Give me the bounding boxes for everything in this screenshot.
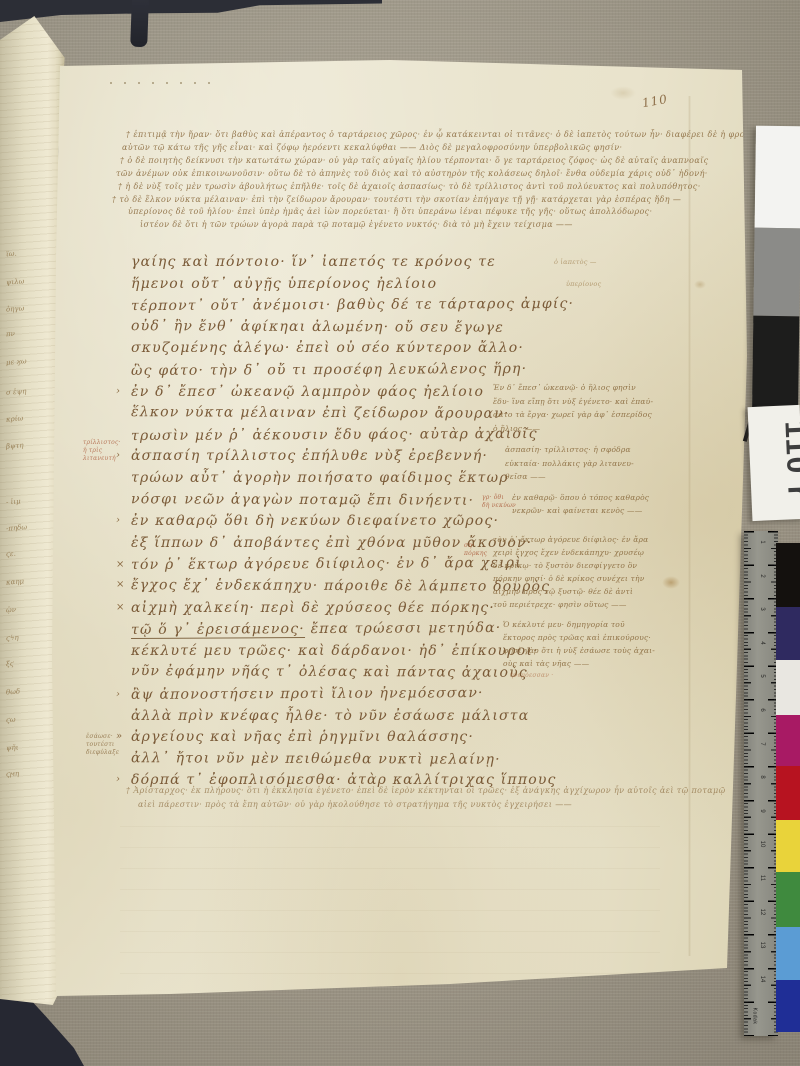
scholion-okeano: Ἐν δ᾽ ἔπεσ᾽ ὠκεανῷ· ὁ ἥλιος φησὶνἔδυ· ἵν… [493,383,653,437]
folio-label-text: 110 r [777,420,800,500]
gloss-iapetos: ὁ ἰαπετὸς — [554,258,597,267]
left-red-note: τρίλλιστος·ἡ τρὶςλιτανευτή [83,439,121,463]
red-note-katharo: γρ· ὅθιδὴ νεκύων [482,494,516,510]
prev-page-text-fragment: κρίω [6,414,24,423]
scholion-aspasie: ἀσπασίη· τρίλλιστος· ἡ σφόδραεὐκταία· πο… [505,445,634,486]
cradle-fabric-top [0,0,382,22]
grayscale-black-patch [752,316,799,415]
prev-page-text-fragment: ϛϟη [6,634,19,643]
grayscale-white-patch [755,126,800,229]
scholion-keklyte: Ὁ κέκλυτέ μευ· δημηγορία τοῦἕκτορος πρὸς… [503,620,655,672]
red-note-porkes: ση·πόρκης [464,542,487,558]
color-patch-light-blue [776,927,800,980]
prev-page-text-fragment: ϛϻη [6,770,20,779]
ruler-number: 11 [759,873,765,883]
ruler: Kodak 1234567891011121314 [744,531,778,1036]
scholion-porkes: τὸν ῥ᾽ ἕκτωρ ἀγόρευε διίφιλος· ἐν ἄραχει… [493,535,648,613]
ruler-number: 14 [759,974,765,984]
prev-page-text-fragment: ϛω [6,716,16,725]
prev-page-text-fragment: - ἱιμ [6,497,21,506]
cradle-strap [130,0,149,47]
prev-page-text-fragment: βψτη [6,441,24,450]
ruler-number: 8 [759,772,765,782]
ruler-number: 9 [759,806,765,816]
prev-page-text-fragment: ϊω. [6,250,17,259]
ruler-number: 1 [759,537,765,547]
prev-page-text-fragment: με ϗω [6,357,27,366]
gloss-hyperion: ὑπερίονος [566,280,601,289]
prev-page-text-fragment: ψιλω [6,277,25,286]
ruler-number: 5 [759,671,765,681]
color-patch-white [776,660,800,715]
bottom-scholia-line: † Ἀρίσταρχος· ἐκ πλήρους· ὅτι ἡ ἐκκλησία… [126,786,726,795]
ruler-number: 6 [759,705,765,715]
prev-page-text-fragment: -πηδω [6,523,28,532]
color-patch-dark-blue [776,980,800,1032]
color-patch-black [776,543,800,607]
red-gloss-enemoessan: ἠνεμόεσσαν · [510,672,553,680]
ruler-brand-text: Kodak [751,1008,757,1025]
ruler-number: 7 [759,739,765,749]
left-brown-note: ἐσάωσε·τουτέστιδιεφύλαξε [86,733,119,757]
bottom-scholia-line: αἰεὶ πάρεστιν· πρὸς τὰ ἔπη αὐτῶν· οὐ γὰρ… [138,799,572,808]
ruler-number: 13 [759,940,765,950]
prev-page-text-fragment: ὀηγω [6,304,25,313]
ruler-number: 4 [759,638,765,648]
parchment-page: 110 † ἐπιτιμᾷ τὴν ἥραν· ὅτι βαθὺς καὶ ἀπ… [50,56,750,1002]
color-patch-yellow [776,820,800,872]
prev-page-text-fragment: πν [6,330,15,339]
prev-page-text-fragment: σ ἑψη [6,387,27,396]
margin-scholia: ὁ ἰαπετὸς —ὑπερίονοςἘν δ᾽ ἔπεσ᾽ ὠκεανῷ· … [50,56,750,1002]
ruler-number: 3 [759,604,765,614]
color-patch-magenta [776,715,800,766]
prev-page-text-fragment: ᾠν [6,606,17,615]
manuscript-photo: ϊω.ψιλωὀηγωπνμε ϗωσ ἑψηκρίωβψτη- ἱιμ-πηδ… [0,0,800,1066]
scholion-katharo: ἐν καθαρῷ· ὅπου ὁ τόπος καθαρὸςνεκρῶν· κ… [512,493,649,518]
folio-label-card: 110 r [748,405,800,521]
prev-page-text-fragment: ψῆι [6,744,19,753]
color-patch-navy-violet [776,607,800,660]
ruler-number: 2 [759,571,765,581]
ruler-number: 12 [759,907,765,917]
prev-page-text-fragment: καημ [6,577,25,586]
prev-page-text-fragment: ϛε. [6,550,16,559]
grayscale-reference-card [752,126,800,415]
prev-page-text-fragment: ξϛ [6,660,14,669]
grayscale-gray-patch [753,228,800,317]
ruler-number: 10 [759,839,765,849]
color-calibration-bar [776,543,800,1032]
color-patch-red [776,766,800,820]
bottom-scholia-block: † Ἀρίσταρχος· ἐκ πλήρους· ὅτι ἡ ἐκκλησία… [126,786,666,818]
prev-page-text-fragment: θωδ [6,688,21,697]
color-patch-green [776,872,800,927]
